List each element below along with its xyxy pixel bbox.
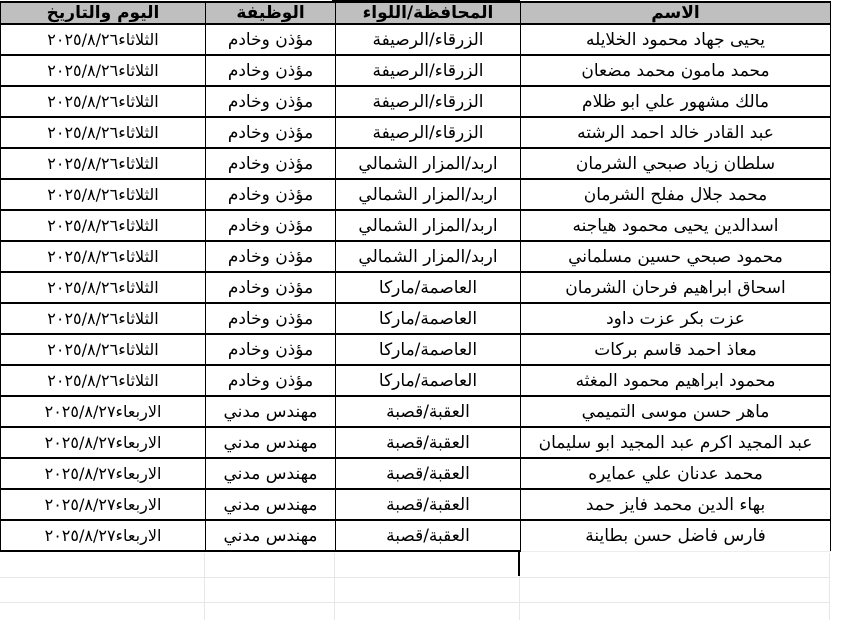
cell-governorate: الزرقاء/الرصيفة <box>336 24 521 55</box>
cell-date: الاربعاء٢٠٢٥/٨/٢٧ <box>1 427 206 458</box>
cell-date: الثلاثاء٢٠٢٥/٨/٢٦ <box>1 303 206 334</box>
cell-job: مؤذن وخادم <box>206 148 336 179</box>
cell-name: عزت بكر عزت داود <box>521 303 831 334</box>
cell-job: مؤذن وخادم <box>206 24 336 55</box>
cell-governorate: الزرقاء/الرصيفة <box>336 55 521 86</box>
cell-name: عبد القادر خالد احمد الرشته <box>521 117 831 148</box>
cell-name: سلطان زياد صبحي الشرمان <box>521 148 831 179</box>
table-row: محمد جلال مفلح الشرماناربد/المزار الشمال… <box>1 179 831 210</box>
table-row: اسحاق ابراهيم فرحان الشرمانالعاصمة/ماركا… <box>1 272 831 303</box>
document-page: الاسم المحافظة/اللواء الوظيفة اليوم والت… <box>0 0 841 620</box>
cell-name: فارس فاضل حسن بطاينة <box>521 520 831 551</box>
cell-date: الثلاثاء٢٠٢٥/٨/٢٦ <box>1 86 206 117</box>
cell-job: مهندس مدني <box>206 458 336 489</box>
cell-name: اسحاق ابراهيم فرحان الشرمان <box>521 272 831 303</box>
cell-name: محمد عدنان علي عمايره <box>521 458 831 489</box>
cell-job: مهندس مدني <box>206 489 336 520</box>
cell-name: اسدالدين يحيى محمود هياجنه <box>521 210 831 241</box>
cell-job: مهندس مدني <box>206 520 336 551</box>
cell-date: الثلاثاء٢٠٢٥/٨/٢٦ <box>1 241 206 272</box>
table-row: اسدالدين يحيى محمود هياجنهاربد/المزار ال… <box>1 210 831 241</box>
cell-date: الثلاثاء٢٠٢٥/٨/٢٦ <box>1 55 206 86</box>
empty-grid-vline <box>519 576 520 620</box>
header-job: الوظيفة <box>206 2 336 24</box>
header-name: الاسم <box>521 2 831 24</box>
cell-job: مؤذن وخادم <box>206 86 336 117</box>
table-row: محمود ابراهيم محمود المغثهالعاصمة/ماركام… <box>1 365 831 396</box>
cell-job: مؤذن وخادم <box>206 272 336 303</box>
cell-date: الثلاثاء٢٠٢٥/٨/٢٦ <box>1 365 206 396</box>
cell-date: الاربعاء٢٠٢٥/٨/٢٧ <box>1 520 206 551</box>
table-row: محمد مامون محمد مضعانالزرقاء/الرصيفةمؤذن… <box>1 55 831 86</box>
cell-job: مؤذن وخادم <box>206 179 336 210</box>
cell-name: محمود صبحي حسين مسلماني <box>521 241 831 272</box>
cell-date: الثلاثاء٢٠٢٥/٨/٢٦ <box>1 334 206 365</box>
cell-name: محمود ابراهيم محمود المغثه <box>521 365 831 396</box>
cell-date: الاربعاء٢٠٢٥/٨/٢٧ <box>1 489 206 520</box>
cell-name: يحيى جهاد محمود الخلايله <box>521 24 831 55</box>
cell-date: الثلاثاء٢٠٢٥/٨/٢٦ <box>1 148 206 179</box>
table-row: عبد القادر خالد احمد الرشتهالزرقاء/الرصي… <box>1 117 831 148</box>
empty-grid-vline <box>829 553 830 620</box>
cell-date: الاربعاء٢٠٢٥/٨/٢٧ <box>1 396 206 427</box>
cell-job: مؤذن وخادم <box>206 55 336 86</box>
cell-name: بهاء الدين محمد فايز حمد <box>521 489 831 520</box>
table-row: عزت بكر عزت داودالعاصمة/ماركامؤذن وخادما… <box>1 303 831 334</box>
cell-job: مؤذن وخادم <box>206 241 336 272</box>
cell-governorate: العقبة/قصبة <box>336 427 521 458</box>
cell-job: مؤذن وخادم <box>206 365 336 396</box>
cell-name: مالك مشهور علي ابو ظلام <box>521 86 831 117</box>
empty-grid-hline <box>0 602 830 603</box>
table-row: محمد عدنان علي عمايرهالعقبة/قصبةمهندس مد… <box>1 458 831 489</box>
table-row: بهاء الدين محمد فايز حمدالعقبة/قصبةمهندس… <box>1 489 831 520</box>
table-row: يحيى جهاد محمود الخلايلهالزرقاء/الرصيفةم… <box>1 24 831 55</box>
header-governorate: المحافظة/اللواء <box>336 2 521 24</box>
cell-governorate: الزرقاء/الرصيفة <box>336 117 521 148</box>
cell-governorate: العاصمة/ماركا <box>336 272 521 303</box>
table-row: ماهر حسن موسى التميميالعقبة/قصبةمهندس مد… <box>1 396 831 427</box>
table-row: معاذ احمد قاسم بركاتالعاصمة/ماركامؤذن وخ… <box>1 334 831 365</box>
cell-date: الثلاثاء٢٠٢٥/٨/٢٦ <box>1 210 206 241</box>
table-row: مالك مشهور علي ابو ظلامالزرقاء/الرصيفةمؤ… <box>1 86 831 117</box>
column-border-extension <box>518 552 520 576</box>
appointments-table: الاسم المحافظة/اللواء الوظيفة اليوم والت… <box>0 1 831 552</box>
cell-governorate: العاصمة/ماركا <box>336 334 521 365</box>
cell-date: الثلاثاء٢٠٢٥/٨/٢٦ <box>1 117 206 148</box>
cell-date: الاربعاء٢٠٢٥/٨/٢٧ <box>1 458 206 489</box>
cell-governorate: العقبة/قصبة <box>336 489 521 520</box>
table-row: سلطان زياد صبحي الشرماناربد/المزار الشما… <box>1 148 831 179</box>
cell-governorate: اربد/المزار الشمالي <box>336 210 521 241</box>
cell-date: الثلاثاء٢٠٢٥/٨/٢٦ <box>1 272 206 303</box>
empty-grid-hline <box>0 577 830 578</box>
table-header-row: الاسم المحافظة/اللواء الوظيفة اليوم والت… <box>1 2 831 24</box>
cell-job: مؤذن وخادم <box>206 210 336 241</box>
table-row: عبد المجيد اكرم عبد المجيد ابو سليمانالع… <box>1 427 831 458</box>
table-row: فارس فاضل حسن بطاينةالعقبة/قصبةمهندس مدن… <box>1 520 831 551</box>
cell-job: مؤذن وخادم <box>206 303 336 334</box>
cell-governorate: الزرقاء/الرصيفة <box>336 86 521 117</box>
cell-governorate: العقبة/قصبة <box>336 396 521 427</box>
cell-governorate: العقبة/قصبة <box>336 520 521 551</box>
cell-job: مؤذن وخادم <box>206 117 336 148</box>
cell-date: الثلاثاء٢٠٢٥/٨/٢٦ <box>1 24 206 55</box>
cell-name: محمد جلال مفلح الشرمان <box>521 179 831 210</box>
cell-date: الثلاثاء٢٠٢٥/٨/٢٦ <box>1 179 206 210</box>
cell-job: مهندس مدني <box>206 396 336 427</box>
cell-governorate: العاصمة/ماركا <box>336 303 521 334</box>
cell-name: محمد مامون محمد مضعان <box>521 55 831 86</box>
cell-name: ماهر حسن موسى التميمي <box>521 396 831 427</box>
cell-governorate: العاصمة/ماركا <box>336 365 521 396</box>
cell-job: مهندس مدني <box>206 427 336 458</box>
table-row: محمود صبحي حسين مسلمانياربد/المزار الشما… <box>1 241 831 272</box>
cell-governorate: اربد/المزار الشمالي <box>336 179 521 210</box>
empty-grid-vline <box>334 553 335 620</box>
cell-governorate: العقبة/قصبة <box>336 458 521 489</box>
table-body: يحيى جهاد محمود الخلايلهالزرقاء/الرصيفةم… <box>1 24 831 551</box>
cell-governorate: اربد/المزار الشمالي <box>336 241 521 272</box>
cell-name: معاذ احمد قاسم بركات <box>521 334 831 365</box>
cell-name: عبد المجيد اكرم عبد المجيد ابو سليمان <box>521 427 831 458</box>
header-date: اليوم والتاريخ <box>1 2 206 24</box>
cell-governorate: اربد/المزار الشمالي <box>336 148 521 179</box>
cell-job: مؤذن وخادم <box>206 334 336 365</box>
empty-grid-vline <box>204 553 205 620</box>
